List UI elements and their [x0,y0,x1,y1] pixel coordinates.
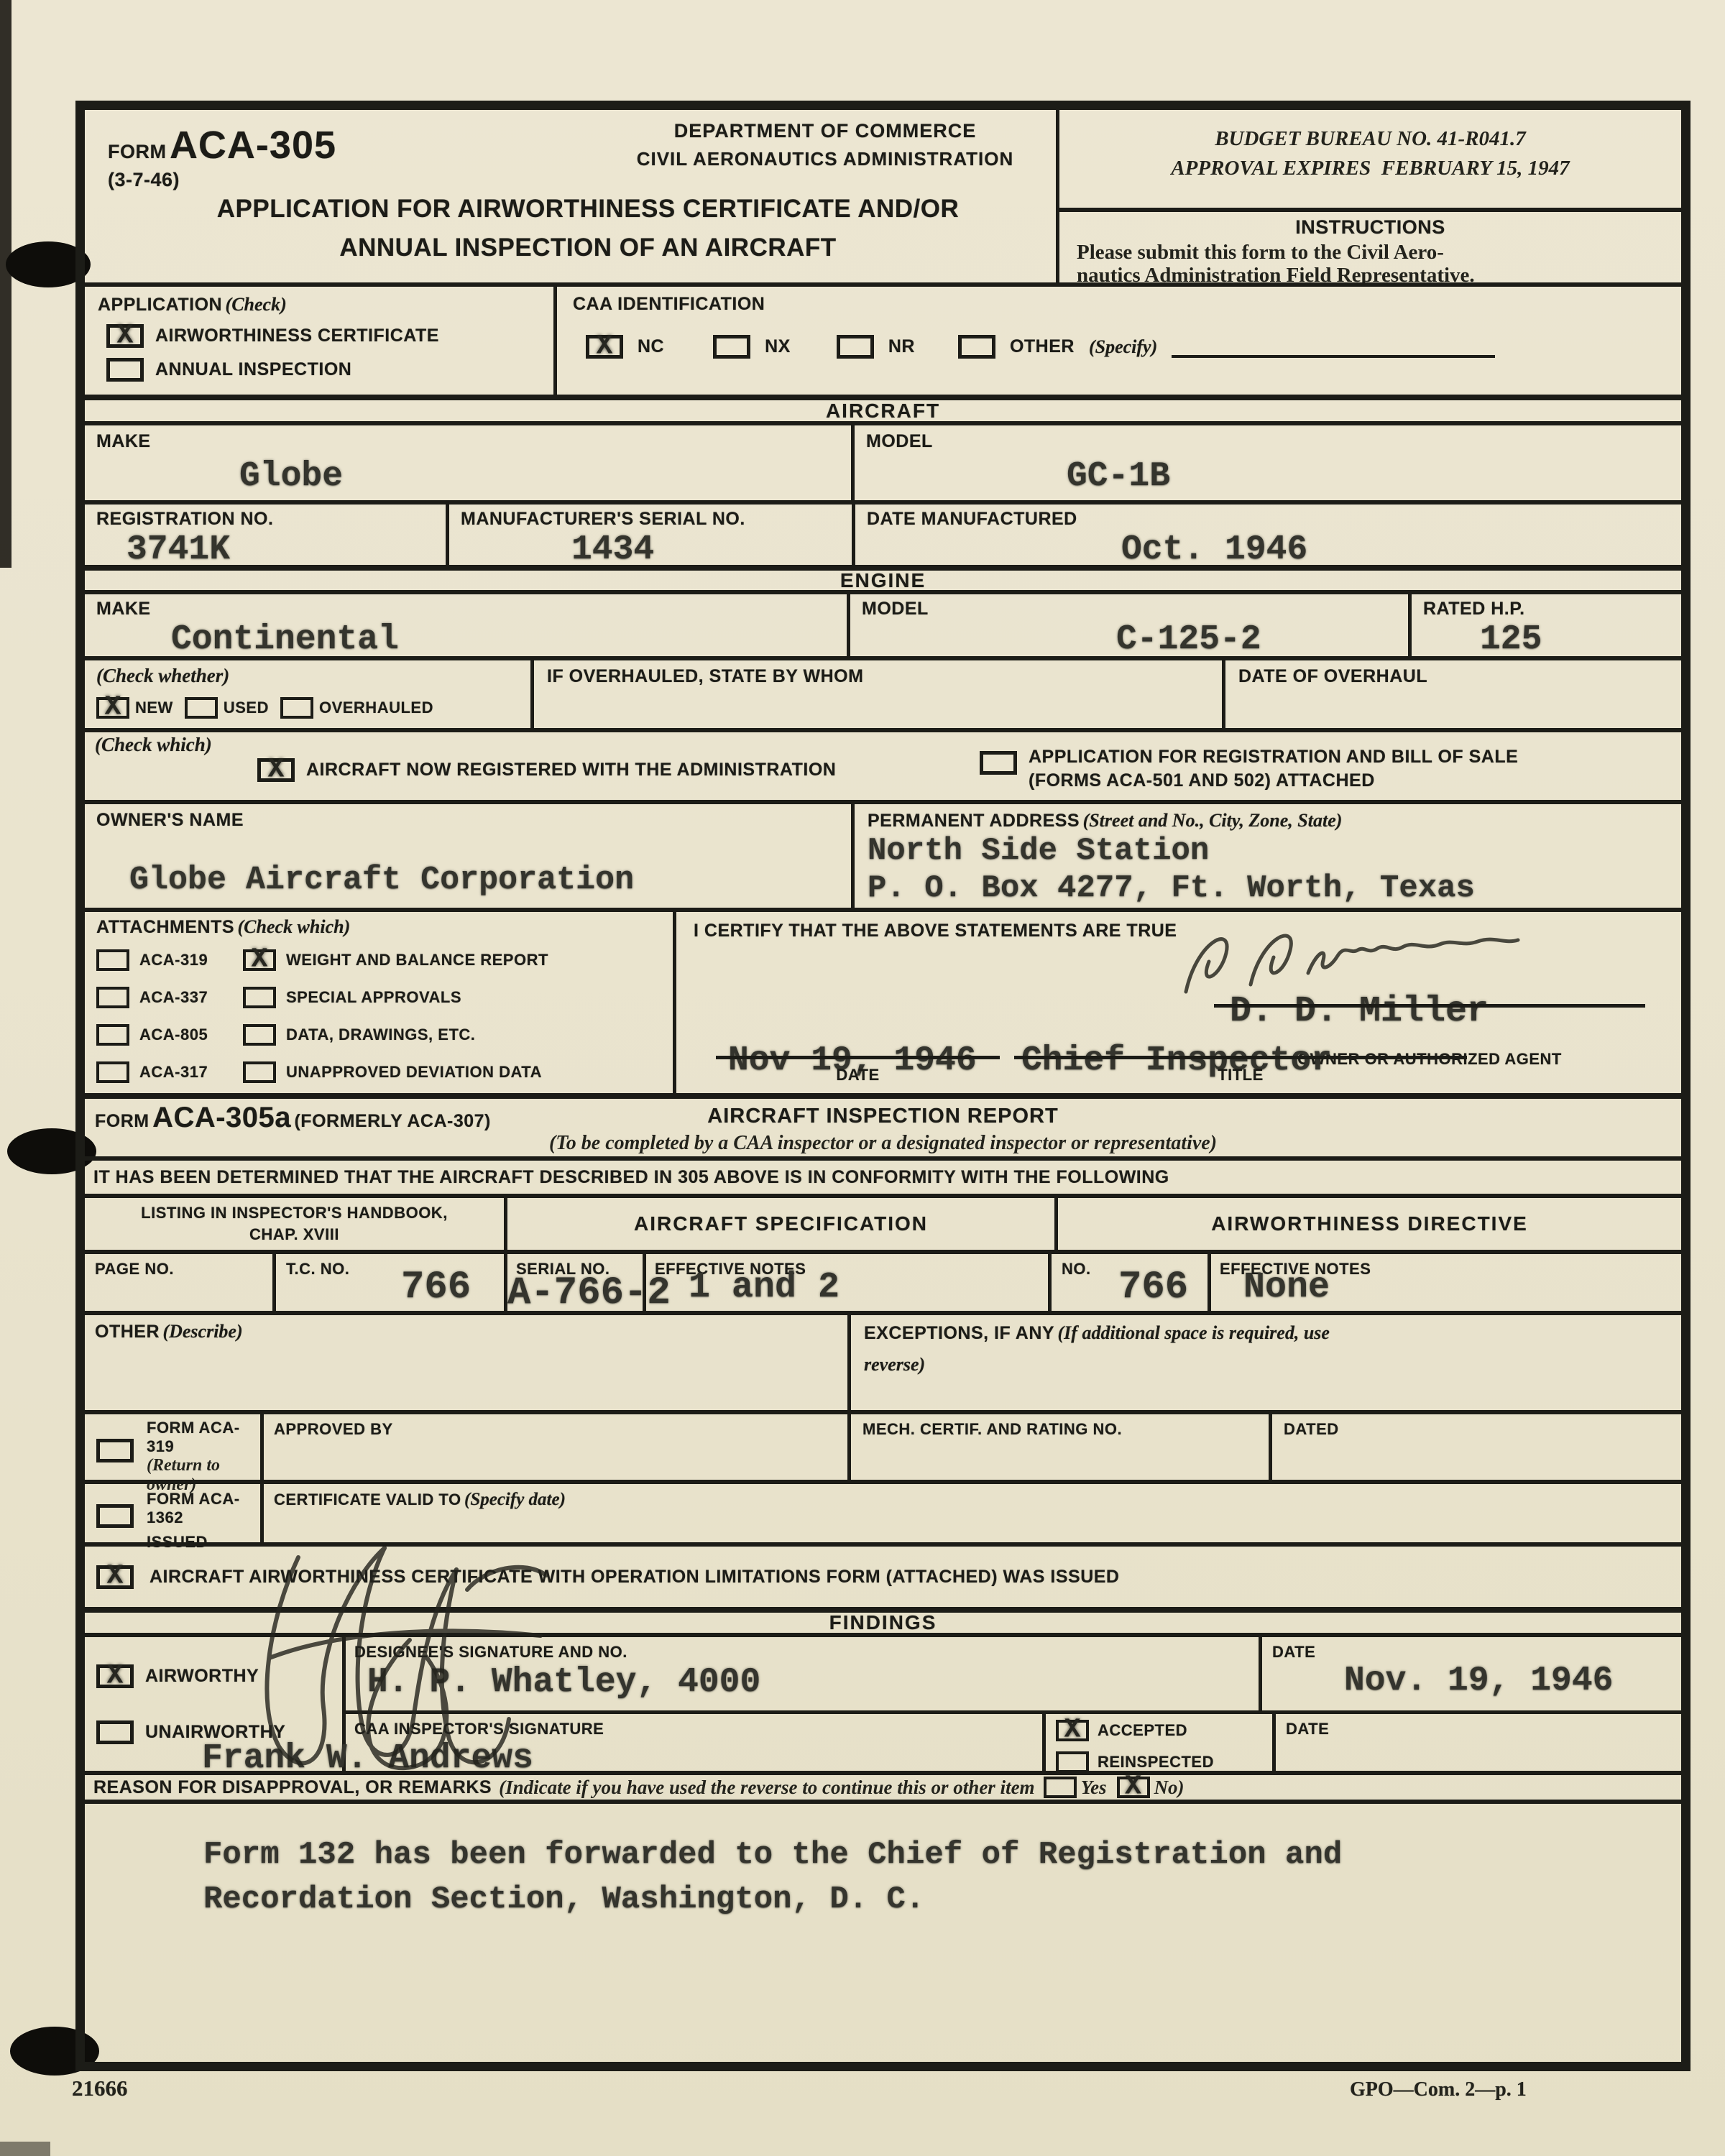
exceptions-label: EXCEPTIONS, IF ANY [864,1323,1054,1343]
serial-value: 1434 [571,530,654,569]
registered-checkbox [257,758,295,782]
engine-section-band: ENGINE [85,565,1681,590]
certify-title-label: TITLE [1014,1066,1467,1084]
airworthy-option: AIRWORTHY [96,1664,259,1688]
inspection-subtitle: (To be completed by a CAA inspector or a… [85,1132,1681,1155]
listing-header-line1: LISTING IN INSPECTOR'S HANDBOOK, [85,1204,504,1222]
form-title: APPLICATION FOR AIRWORTHINESS CERTIFICAT… [164,195,1012,262]
application-label: APPLICATION [98,295,222,315]
overhaul-date-label: DATE OF OVERHAUL [1238,666,1681,687]
exceptions-cell: EXCEPTIONS, IF ANY (If additional space … [847,1315,1681,1410]
reverse-no-checkbox [1117,1777,1150,1798]
owner-row: OWNER'S NAME Globe Aircraft Corporation … [85,800,1681,908]
owner-name-value: Globe Aircraft Corporation [129,862,634,898]
budget-bureau-no: BUDGET BUREAU NO. 41-R041.7 [1059,127,1681,151]
aca319-row: FORM ACA-319 (Return to owner) APPROVED … [85,1410,1681,1480]
registered-label: AIRCRAFT NOW REGISTERED WITH THE ADMINIS… [306,760,836,780]
effective-notes-value: 1 and 2 [689,1267,839,1308]
approved-by-label: APPROVED BY [274,1420,847,1439]
form-title-line1: APPLICATION FOR AIRWORTHINESS CERTIFICAT… [164,195,1012,224]
footer-serial: 21666 [72,2076,128,2101]
ad-notes-value: None [1243,1267,1330,1308]
inspector-subrow: CAA INSPECTOR'S SIGNATURE ACCEPTED REINS… [346,1710,1681,1771]
aircraft-make-cell: MAKE Globe [85,425,851,500]
owner-address-line2: P. O. Box 4277, Ft. Worth, Texas [868,870,1681,906]
aircraft-model-label: MODEL [866,431,1681,452]
instructions-line1: Please submit this form to the Civil Aer… [1077,241,1681,264]
form-revision: (3-7-46) [108,169,336,191]
form-aca319-note1: (Return to [147,1456,260,1475]
data-drawings-checkbox [243,1024,276,1046]
instructions-text: Please submit this form to the Civil Aer… [1059,239,1681,287]
inspector-date-cell: DATE [1272,1714,1681,1771]
owner-address-labels: PERMANENT ADDRESS (Street and No., City,… [868,810,1681,831]
aca-337-checkbox [96,987,129,1008]
caa-identification-options: NC NX NR OTHER (Specify) [586,335,1681,359]
registered-option: AIRCRAFT NOW REGISTERED WITH THE ADMINIS… [257,758,836,782]
engine-model-cell: MODEL C-125-2 [847,594,1408,656]
inspection-values-row: PAGE NO. T.C. NO. SERIAL NO. EFFECTIVE N… [85,1250,1681,1311]
registration-application-label: APPLICATION FOR REGISTRATION AND BILL OF… [1029,747,1518,791]
owner-address-note: (Street and No., City, Zone, State) [1083,810,1343,831]
findings-right-block: DESIGNEE'S SIGNATURE AND NO. H. P. Whatl… [342,1637,1681,1771]
inspection-report-header: FORM ACA-305a (FORMERLY ACA-307) AIRCRAF… [85,1093,1681,1156]
page-no-cell: PAGE NO. [85,1254,272,1311]
certificate-issued-row: AIRCRAFT AIRWORTHINESS CERTIFICATE WITH … [85,1542,1681,1607]
registration-status-row: (Check which) AIRCRAFT NOW REGISTERED WI… [85,728,1681,800]
reason-label: REASON FOR DISAPPROVAL, OR REMARKS [93,1777,492,1798]
nr-label: NR [888,336,915,357]
aca-805-checkbox [96,1024,129,1046]
reinspected-checkbox [1056,1751,1089,1773]
attachment-row-2: ACA-337 SPECIAL APPROVALS [96,987,673,1008]
form-aca1362-label: FORM ACA-1362 [147,1490,260,1527]
owner-address-line1: North Side Station [868,833,1681,869]
date-manufactured-cell: DATE MANUFACTURED Oct. 1946 [852,505,1681,565]
reason-note: (Indicate if you have used the reverse t… [499,1777,1034,1799]
reverse-yes-label: Yes [1081,1777,1107,1799]
reverse-no-label: No) [1154,1777,1184,1799]
nc-label: NC [638,336,664,357]
aircraft-section-band: AIRCRAFT [85,395,1681,421]
engine-condition-cell: (Check whether) NEW USED OVERHAULED [85,660,530,728]
nc-checkbox [586,335,623,359]
form-number: ACA-305 [170,124,336,167]
form-title-line2: ANNUAL INSPECTION OF AN AIRCRAFT [164,234,1012,262]
scan-edge-shadow [0,0,11,568]
designee-cell: DESIGNEE'S SIGNATURE AND NO. H. P. Whatl… [346,1637,1259,1710]
aircraft-make-label: MAKE [96,431,851,452]
owner-name-cell: OWNER'S NAME Globe Aircraft Corporation [85,804,851,908]
reinspected-option: REINSPECTED [1056,1751,1214,1773]
inspector-label: CAA INSPECTOR'S SIGNATURE [354,1720,1042,1738]
exceptions-note-line1: (If additional space is required, use [1058,1322,1330,1343]
aca-319-label: ACA-319 [139,951,233,969]
form-id-block: FORM ACA-305 (3-7-46) [108,123,336,191]
other-label: OTHER [1010,336,1075,357]
scanned-form-page: FORM ACA-305 (3-7-46) DEPARTMENT OF COMM… [0,0,1725,2156]
dated-label: DATED [1284,1420,1681,1439]
engine-hp-value: 125 [1480,620,1542,659]
registration-status-note: (Check which) [95,734,212,756]
listing-header-line2: CHAP. XVIII [85,1225,504,1244]
designee-value: H. P. Whatley, 4000 [367,1663,1259,1702]
registration-cell: REGISTRATION NO. 3741K [85,505,446,565]
accepted-checkbox [1056,1720,1089,1741]
registration-application-line2: (FORMS ACA-501 AND 502) ATTACHED [1029,770,1518,791]
instructions-box: INSTRUCTIONS Please submit this form to … [1059,212,1681,287]
certificate-issued-label: AIRCRAFT AIRWORTHINESS CERTIFICATE WITH … [149,1567,1119,1588]
footer-gpo: GPO—Com. 2—p. 1 [1350,2078,1527,2101]
ad-no-value: 766 [1118,1266,1188,1309]
aca-805-label: ACA-805 [139,1026,233,1044]
owner-name-label: OWNER'S NAME [96,810,851,831]
findings-block: AIRWORTHY UNAIRWORTHY DESIGNEE'S SIGNATU… [85,1633,1681,1771]
form-label: FORM [108,141,166,162]
serial-no-value: A-766-2 [507,1271,671,1315]
attachments-label-line: ATTACHMENTS (Check which) [96,916,673,938]
other-specify-line [1172,336,1495,358]
special-approvals-label: SPECIAL APPROVALS [286,988,461,1007]
caa-identification-label: CAA IDENTIFICATION [573,294,1681,315]
aca-317-checkbox [96,1061,129,1083]
attachment-row-1: ACA-319 WEIGHT AND BALANCE REPORT [96,949,673,971]
form-header-row: FORM ACA-305 (3-7-46) DEPARTMENT OF COMM… [85,110,1681,282]
other-exceptions-row: OTHER (Describe) EXCEPTIONS, IF ANY (If … [85,1311,1681,1410]
new-checkbox [96,697,129,719]
inspector-date-label: DATE [1286,1720,1681,1738]
engine-condition-row: (Check whether) NEW USED OVERHAULED IF O… [85,656,1681,728]
header-right: BUDGET BUREAU NO. 41-R041.7 APPROVAL EXP… [1056,110,1681,282]
aircraft-make-model-row: MAKE Globe MODEL GC-1B [85,421,1681,500]
aca1362-row: FORM ACA-1362 ISSUED CERTIFICATE VALID T… [85,1480,1681,1542]
airworthiness-certificate-option: AIRWORTHINESS CERTIFICATE [106,324,553,348]
certificate-valid-cell: CERTIFICATE VALID TO (Specify date) [260,1484,1681,1542]
annual-inspection-checkbox [106,358,144,382]
aca-337-label: ACA-337 [139,988,233,1007]
airworthy-label: AIRWORTHY [145,1666,259,1687]
special-approvals-checkbox [243,987,276,1008]
attachments-certification-row: ATTACHMENTS (Check which) ACA-319 WEIGHT… [85,908,1681,1093]
inspection-title: AIRCRAFT INSPECTION REPORT [85,1105,1681,1128]
department-name: DEPARTMENT OF COMMERCE [559,120,1091,142]
owner-address-cell: PERMANENT ADDRESS (Street and No., City,… [851,804,1681,908]
other-cell: OTHER (Describe) [85,1315,847,1410]
form-aca-305: FORM ACA-305 (3-7-46) DEPARTMENT OF COMM… [75,101,1690,2071]
unapproved-deviation-checkbox [243,1061,276,1083]
approval-expires: APPROVAL EXPIRES FEBRUARY 15, 1947 [1059,157,1681,180]
nx-checkbox [713,335,750,359]
accepted-option: ACCEPTED [1056,1720,1187,1741]
header-left: FORM ACA-305 (3-7-46) DEPARTMENT OF COMM… [85,110,1056,282]
certify-date-line [716,1056,1000,1059]
inspection-column-headers: LISTING IN INSPECTOR'S HANDBOOK, CHAP. X… [85,1194,1681,1250]
mech-certif-cell: MECH. CERTIF. AND RATING NO. [847,1414,1269,1480]
determination-text: IT HAS BEEN DETERMINED THAT THE AIRCRAFT… [85,1167,1169,1188]
designee-subrow: DESIGNEE'S SIGNATURE AND NO. H. P. Whatl… [346,1637,1681,1710]
agency-block: DEPARTMENT OF COMMERCE CIVIL AERONAUTICS… [559,120,1091,170]
aircraft-make-value: Globe [239,457,343,496]
attachments-label: ATTACHMENTS [96,917,234,937]
page-no-label: PAGE NO. [95,1260,272,1279]
reinspected-label: REINSPECTED [1098,1753,1214,1772]
reason-remarks-row: REASON FOR DISAPPROVAL, OR REMARKS (Indi… [85,1771,1681,1800]
aca-319-checkbox [96,949,129,971]
engine-condition-note: (Check whether) [96,665,530,687]
weight-balance-checkbox [243,949,276,971]
engine-model-label: MODEL [862,599,1408,619]
engine-make-value: Continental [171,620,399,659]
engine-make-cell: MAKE Continental [85,594,847,656]
findings-section-band: FINDINGS [85,1607,1681,1633]
registration-label: REGISTRATION NO. [96,509,446,530]
new-label: NEW [135,699,173,717]
aircraft-model-cell: MODEL GC-1B [851,425,1681,500]
approved-by-cell: APPROVED BY [260,1414,847,1480]
registration-application-checkbox [980,751,1017,775]
determination-row: IT HAS BEEN DETERMINED THAT THE AIRCRAFT… [85,1156,1681,1194]
nr-checkbox [837,335,874,359]
application-caa-row: APPLICATION (Check) AIRWORTHINESS CERTIF… [85,282,1681,395]
overhauled-label: OVERHAULED [319,699,433,717]
airworthy-checkbox [96,1664,134,1688]
certificate-valid-note: (Specify date) [464,1490,566,1509]
certification-section: I CERTIFY THAT THE ABOVE STATEMENTS ARE … [673,912,1681,1093]
application-label-line: APPLICATION (Check) [98,294,553,315]
attachment-row-3: ACA-805 DATA, DRAWINGS, ETC. [96,1024,673,1046]
form-aca1362-checkbox [96,1504,134,1528]
application-note: (Check) [226,294,287,315]
used-checkbox [185,697,218,719]
reverse-yes-checkbox [1044,1777,1077,1798]
remarks-body: Form 132 has been forwarded to the Chief… [85,1800,1681,2088]
aca319-check-cell: FORM ACA-319 (Return to owner) [85,1414,260,1480]
form-aca319-checkbox [96,1439,134,1462]
used-label: USED [224,699,269,717]
caa-identification-section: CAA IDENTIFICATION NC NX NR OTHER (Speci… [553,287,1681,395]
attachments-note: (Check which) [238,916,351,937]
weight-balance-label: WEIGHT AND BALANCE REPORT [286,951,548,969]
dated-cell: DATED [1269,1414,1681,1480]
budget-bureau-box: BUDGET BUREAU NO. 41-R041.7 APPROVAL EXP… [1059,110,1681,212]
tc-no-label: T.C. NO. [286,1260,504,1279]
engine-hp-label: RATED H.P. [1423,599,1681,619]
other-checkbox [958,335,995,359]
application-section: APPLICATION (Check) AIRWORTHINESS CERTIF… [85,287,553,395]
nx-label: NX [765,336,791,357]
administration-name: CIVIL AERONAUTICS ADMINISTRATION [559,148,1091,170]
engine-make-model-row: MAKE Continental MODEL C-125-2 RATED H.P… [85,590,1681,656]
accepted-cell: ACCEPTED REINSPECTED [1042,1714,1272,1771]
unairworthy-checkbox [96,1720,134,1744]
certify-statement: I CERTIFY THAT THE ABOVE STATEMENTS ARE … [694,921,1177,941]
airworthiness-certificate-label: AIRWORTHINESS CERTIFICATE [155,326,439,346]
aca1362-check-cell: FORM ACA-1362 ISSUED [85,1484,260,1542]
designee-label: DESIGNEE'S SIGNATURE AND NO. [354,1643,1259,1662]
date-manufactured-value: Oct. 1946 [1121,530,1307,569]
overhauled-checkbox [280,697,313,719]
serial-cell: MANUFACTURER'S SERIAL NO. 1434 [446,505,852,565]
aircraft-registration-row: REGISTRATION NO. 3741K MANUFACTURER'S SE… [85,500,1681,565]
certify-date-label: DATE [716,1066,1000,1084]
serial-label: MANUFACTURER'S SERIAL NO. [461,509,852,530]
findings-date-label: DATE [1272,1643,1681,1662]
scan-edge-shadow-bottom [0,2142,50,2156]
engine-hp-cell: RATED H.P. 125 [1408,594,1681,656]
form-aca319-label: FORM ACA-319 [147,1419,260,1456]
engine-make-label: MAKE [96,599,847,619]
certify-signature-name: D. D. Miller [1230,991,1489,1032]
other-describe-label: OTHER [95,1322,160,1342]
aca-317-label: ACA-317 [139,1063,233,1082]
aircraft-model-value: GC-1B [1067,457,1170,496]
remarks-text: Form 132 has been forwarded to the Chief… [203,1837,1342,1917]
instructions-title: INSTRUCTIONS [1059,216,1681,239]
other-describe-note: (Describe) [162,1321,242,1342]
airworthiness-certificate-checkbox [106,324,144,348]
annual-inspection-label: ANNUAL INSPECTION [155,359,351,380]
directive-column-header: AIRWORTHINESS DIRECTIVE [1054,1198,1681,1250]
owner-address-label: PERMANENT ADDRESS [868,811,1080,831]
annual-inspection-option: ANNUAL INSPECTION [106,358,553,382]
certify-title-line [1014,1056,1467,1059]
findings-date-cell: DATE Nov. 19, 1946 [1259,1637,1681,1710]
overhauled-by-cell: IF OVERHAULED, STATE BY WHOM [530,660,1222,728]
attachment-row-4: ACA-317 UNAPPROVED DEVIATION DATA [96,1061,673,1083]
overhaul-date-cell: DATE OF OVERHAUL [1222,660,1681,728]
findings-date-value: Nov. 19, 1946 [1344,1662,1681,1700]
spec-column-header: AIRCRAFT SPECIFICATION [504,1198,1054,1250]
other-note: (Specify) [1089,336,1157,358]
remarks-text-line1: Form 132 has been forwarded to the Chief… [203,1837,1342,1873]
attachments-section: ATTACHMENTS (Check which) ACA-319 WEIGHT… [85,912,673,1093]
data-drawings-label: DATA, DRAWINGS, ETC. [286,1026,475,1044]
registration-value: 3741K [126,530,230,569]
certificate-valid-label: CERTIFICATE VALID TO [274,1491,461,1508]
exceptions-label-line: EXCEPTIONS, IF ANY (If additional space … [864,1322,1681,1344]
unapproved-deviation-label: UNAPPROVED DEVIATION DATA [286,1063,542,1082]
mech-certif-label: MECH. CERTIF. AND RATING NO. [862,1420,1269,1439]
listing-column-header: LISTING IN INSPECTOR'S HANDBOOK, CHAP. X… [85,1198,504,1250]
registration-application-line1: APPLICATION FOR REGISTRATION AND BILL OF… [1029,747,1518,768]
engine-condition-options: NEW USED OVERHAULED [96,697,530,719]
accepted-label: ACCEPTED [1098,1721,1187,1740]
registration-application-option: APPLICATION FOR REGISTRATION AND BILL OF… [980,747,1518,791]
exceptions-note-line2: reverse) [864,1354,1681,1376]
signature-line [1214,1004,1645,1008]
certificate-issued-checkbox [96,1565,134,1589]
tc-no-value: 766 [401,1266,471,1309]
engine-model-value: C-125-2 [1116,620,1261,659]
remarks-text-line2: Recordation Section, Washington, D. C. [203,1881,1342,1917]
date-manufactured-label: DATE MANUFACTURED [867,509,1681,530]
overhauled-by-label: IF OVERHAULED, STATE BY WHOM [547,666,1222,687]
